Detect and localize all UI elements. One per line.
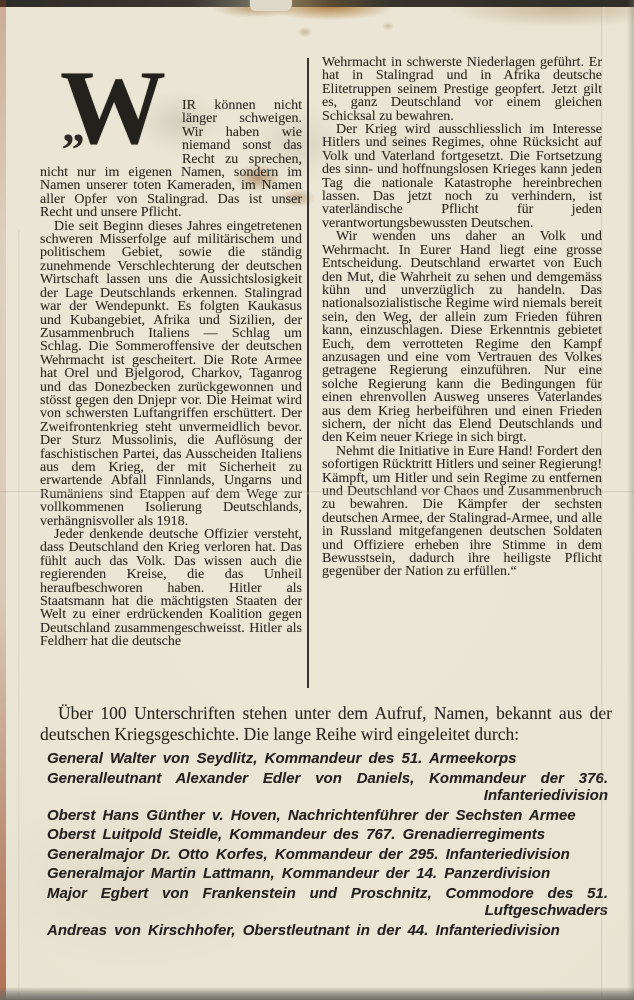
drop-cap-letter-w: W [60,55,166,161]
signatory-entry: Generalmajor Martin Lattmann, Kommandeur… [47,865,608,883]
paragraph: Wehrmacht in schwerste Niederlagen gefüh… [322,56,602,123]
signatory-text: Oberst Luitpold Steidle, Kommandeur des … [47,826,545,843]
scan-edge-bottom [0,987,634,1000]
signatory-entry: General Walter von Seydlitz, Kommandeur … [47,750,608,768]
vertical-fold-crease [601,0,605,1000]
signature-intro-paragraph: Über 100 Unterschriften stehen unter dem… [40,703,612,745]
signatory-text: Generalleutnant Alexander Edler von Dani… [47,770,608,788]
paragraph: Der Krieg wird ausschliesslich im Intere… [322,123,602,230]
signatory-text: Andreas von Kirschhofer, Oberstleutnant … [47,922,560,939]
left-text-column: „ W IR können nicht länger schweigen. Wi… [40,99,302,649]
signatory-entry: Oberst Luitpold Steidle, Kommandeur des … [47,826,608,844]
scan-edge-right [627,0,634,1000]
signatory-text: Generalmajor Dr. Otto Korfes, Kommandeur… [47,846,570,863]
paragraph: Wir wenden uns daher an Volk und Wehrmac… [322,230,602,445]
vertical-fold-crease-left [18,230,21,1000]
paragraph: Die seit Beginn dieses Jahres eingetrete… [40,220,302,528]
signatory-text: Generalmajor Martin Lattmann, Kommandeur… [47,865,550,882]
horizontal-fold-crease [0,491,634,495]
signatory-entry: Andreas von Kirschhofer, Oberstleutnant … [47,922,608,940]
signatory-text: Oberst Hans Günther v. Hoven, Nachrichte… [47,807,576,824]
signatory-entry: Major Egbert von Frankenstein und Prosch… [47,885,608,920]
signatory-continuation: Luftgeschwaders [47,902,608,920]
signatory-text: General Walter von Seydlitz, Kommandeur … [47,750,516,767]
opening-paragraph: „ W IR können nicht länger schweigen. Wi… [40,99,302,220]
scan-edge-left [0,0,6,1000]
signatory-entry: Generalleutnant Alexander Edler von Dani… [47,770,608,805]
signatory-entry: Oberst Hans Günther v. Hoven, Nachrichte… [47,807,608,825]
torn-paper-chip [250,0,292,11]
leaflet-page: „ W IR können nicht länger schweigen. Wi… [0,0,634,1000]
column-divider-rule [307,58,309,688]
drop-cap-box: „ W [40,99,182,153]
paragraph: Jeder denkende deutsche Offizier versteh… [40,528,302,649]
signatory-continuation: Infanteriedivision [47,787,608,805]
scan-edge-top [0,0,634,7]
signatory-entry: Generalmajor Dr. Otto Korfes, Kommandeur… [47,846,608,864]
signatories-list: General Walter von Seydlitz, Kommandeur … [47,750,608,941]
right-text-column: Wehrmacht in schwerste Niederlagen gefüh… [322,56,602,579]
signatory-text: Major Egbert von Frankenstein und Prosch… [47,885,608,903]
paragraph: Nehmt die Initiative in Eure Hand! Forde… [322,445,602,579]
